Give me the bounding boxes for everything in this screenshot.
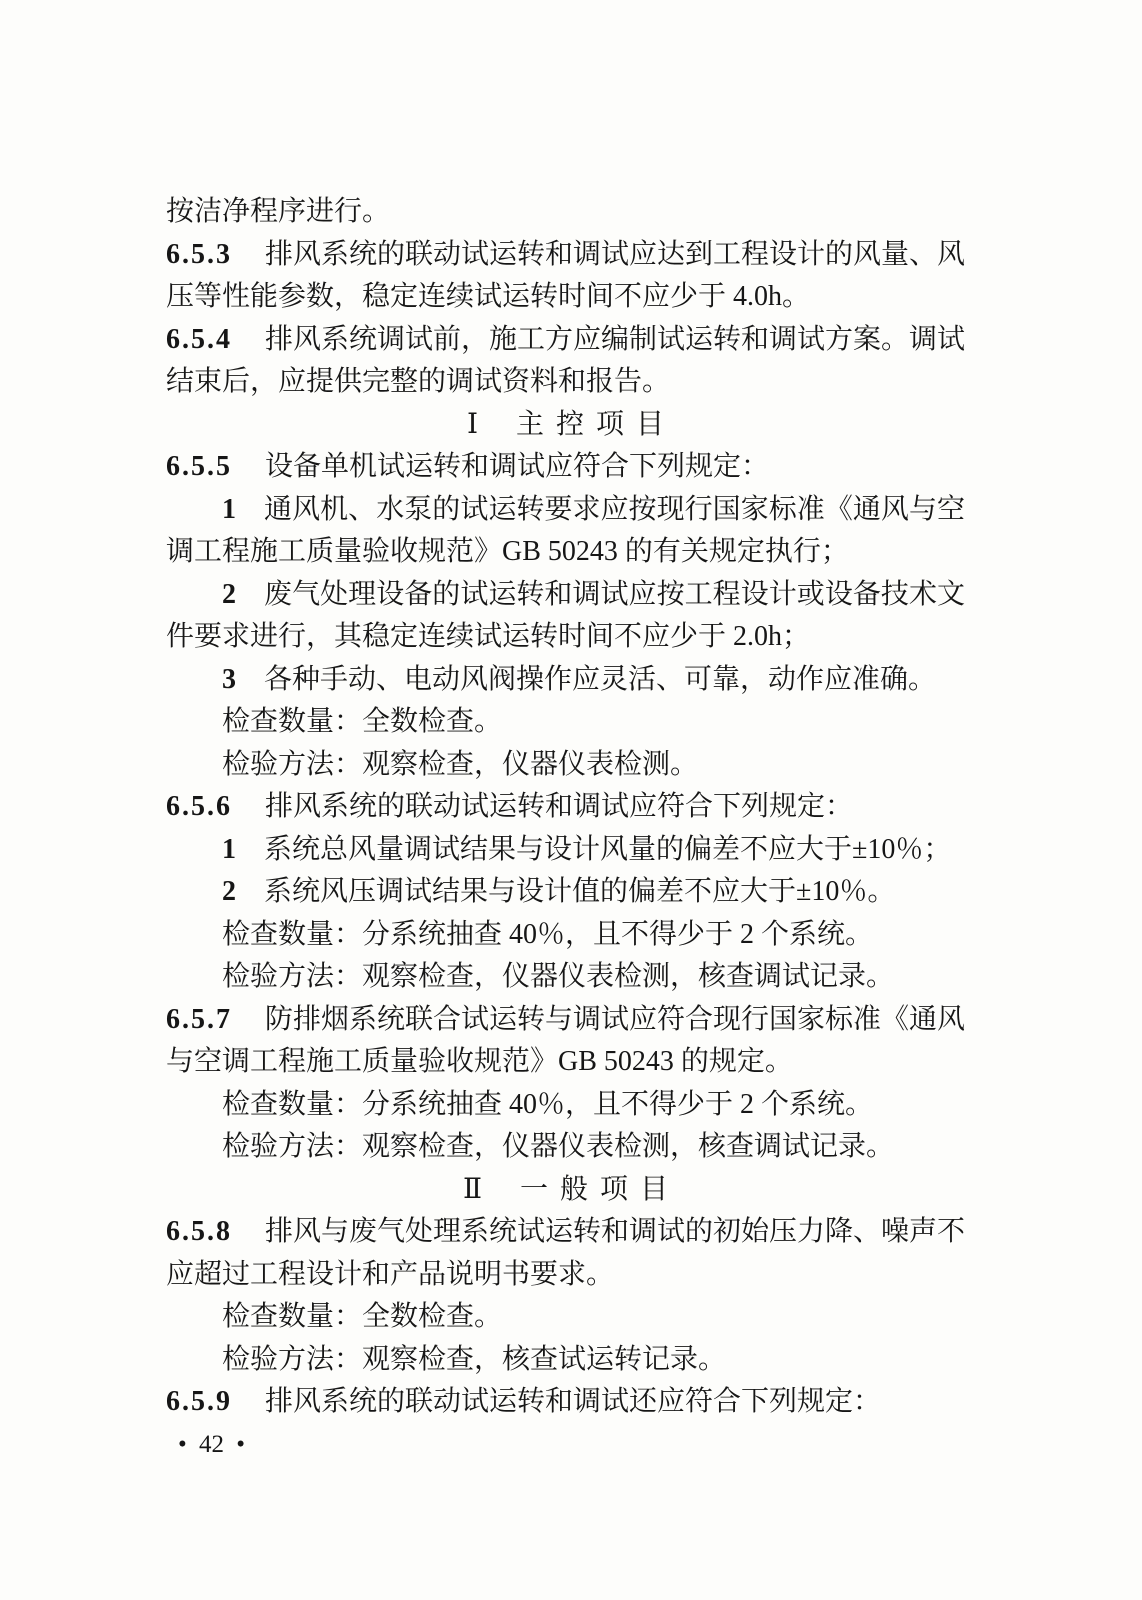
clause-paragraph: 6.5.5设备单机试运转和调试应符合下列规定： [166,446,965,489]
text-paragraph: 按洁净程序进行。 [166,191,965,234]
clause-paragraph: 6.5.8排风与废气处理系统试运转和调试的初始压力降、噪声不应超过工程设计和产品… [166,1211,965,1296]
text-paragraph: 检验方法：观察检查，仪器仪表检测。 [166,744,965,787]
clause-number: 6.5.5 [166,451,232,482]
subitem-number: 1 [222,834,236,865]
text-paragraph: 检查数量：分系统抽查 40％，且不得少于 2 个系统。 [166,914,965,957]
text-paragraph: 检验方法：观察检查，仪器仪表检测，核查调试记录。 [166,1126,965,1169]
subitem-number: 2 [222,579,236,610]
section-heading: Ⅱ一般项目 [166,1169,965,1212]
section-numeral: Ⅱ [463,1174,482,1205]
subitem-paragraph: 1系统总风量调试结果与设计风量的偏差不应大于±10％； [166,829,965,872]
clause-number: 6.5.3 [166,239,232,270]
clause-paragraph: 6.5.9排风系统的联动试运转和调试还应符合下列规定： [166,1381,965,1424]
subitem-paragraph: 3各种手动、电动风阀操作应灵活、可靠，动作应准确。 [166,659,965,702]
section-heading: Ⅰ主控项目 [166,404,965,447]
text-paragraph: 检查数量：全数检查。 [166,701,965,744]
clause-paragraph: 6.5.4排风系统调试前，施工方应编制试运转和调试方案。调试结束后，应提供完整的… [166,319,965,404]
clause-number: 6.5.7 [166,1004,232,1035]
text-paragraph: 检查数量：分系统抽查 40％，且不得少于 2 个系统。 [166,1084,965,1127]
clause-paragraph: 6.5.7防排烟系统联合试运转与调试应符合现行国家标准《通风与空调工程施工质量验… [166,999,965,1084]
clause-number: 6.5.4 [166,324,232,355]
clause-number: 6.5.8 [166,1216,232,1247]
subitem-number: 2 [222,876,236,907]
page-number: • 42 • [166,1424,965,1467]
text-paragraph: 检验方法：观察检查，仪器仪表检测，核查调试记录。 [166,956,965,999]
text-paragraph: 检查数量：全数检查。 [166,1296,965,1339]
section-title: 主控项目 [516,409,676,440]
clause-paragraph: 6.5.3排风系统的联动试运转和调试应达到工程设计的风量、风压等性能参数，稳定连… [166,234,965,319]
section-title: 一般项目 [520,1174,680,1205]
subitem-paragraph: 2系统风压调试结果与设计值的偏差不应大于±10％。 [166,871,965,914]
clause-number: 6.5.9 [166,1386,232,1417]
section-numeral: Ⅰ [467,409,478,440]
text-paragraph: 检验方法：观察检查，核查试运转记录。 [166,1339,965,1382]
clause-number: 6.5.6 [166,791,232,822]
document-content: 按洁净程序进行。6.5.3排风系统的联动试运转和调试应达到工程设计的风量、风压等… [166,191,965,1466]
clause-paragraph: 6.5.6排风系统的联动试运转和调试应符合下列规定： [166,786,965,829]
subitem-number: 1 [222,494,236,525]
subitem-paragraph: 2废气处理设备的试运转和调试应按工程设计或设备技术文件要求进行，其稳定连续试运转… [166,574,965,659]
subitem-number: 3 [222,664,236,695]
document-page: 按洁净程序进行。6.5.3排风系统的联动试运转和调试应达到工程设计的风量、风压等… [0,0,1142,1600]
subitem-paragraph: 1通风机、水泵的试运转要求应按现行国家标准《通风与空调工程施工质量验收规范》GB… [166,489,965,574]
